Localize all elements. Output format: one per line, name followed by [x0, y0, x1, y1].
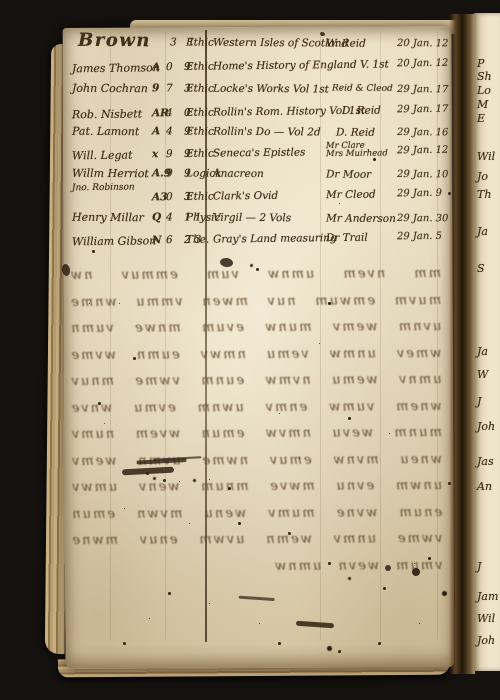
- bleed-through-writing: mm nvem umnw vum emmuv nw muvm emwum nuv…: [69, 261, 443, 659]
- book-title: Rollin's Do — Vol 2d: [213, 126, 321, 139]
- class-label: Ethic: [186, 191, 214, 203]
- loan-date: 29 Jan. 10: [397, 169, 448, 180]
- student-name: James Thomson: [72, 61, 160, 75]
- borrower-name: Mr Cleod: [326, 189, 376, 202]
- facing-page-text: Joh: [477, 420, 495, 433]
- borrower-name: Mr Clare Mrs Muirhead: [326, 141, 388, 158]
- student-name: William Gibson: [72, 234, 157, 248]
- borrower-name: Dr Moor: [326, 168, 371, 180]
- book-title: Seneca's Epistles: [213, 146, 306, 159]
- book-title: Anacreon: [213, 168, 264, 180]
- borrower-name: W. Reid: [326, 37, 366, 49]
- code: 9: [152, 82, 159, 94]
- book-title: Home's History of England V. 1st: [213, 58, 389, 72]
- ledger-row: John Cochran 9 7 3 Ethic Locke's Works V…: [64, 82, 453, 105]
- loan-date: 29 Jan. 17: [397, 84, 448, 95]
- code: Q: [152, 211, 161, 223]
- facing-page-text: An: [477, 480, 492, 493]
- facing-page-text: P: [477, 57, 484, 70]
- facing-page-text: Jam: [477, 590, 498, 603]
- ink-blot: [385, 565, 391, 571]
- ledger-row: Pat. Lamont A 4 9 Ethic Rollin's Do — Vo…: [64, 125, 453, 148]
- student-name: Jno. Robinson: [72, 183, 135, 194]
- facing-page-text: Lo: [477, 84, 491, 97]
- facing-page-text: Jas: [477, 455, 494, 468]
- loan-date: 29 Jan. 5: [397, 231, 442, 243]
- code: x: [152, 148, 158, 160]
- facing-page-text: J: [477, 560, 481, 573]
- facing-page-text: Wil: [477, 150, 495, 163]
- class-label: Ethic: [186, 125, 214, 137]
- class-label: Ethic: [186, 36, 214, 48]
- facing-page-text: S: [477, 262, 485, 275]
- facing-page-text: Wil: [477, 612, 495, 625]
- borrower-name: D. Reid: [336, 127, 375, 139]
- class-label: Ethic: [186, 61, 214, 73]
- code: N: [152, 234, 162, 246]
- class-label: Ethic: [186, 107, 214, 119]
- borrower-name: D. Reid: [342, 105, 381, 117]
- student-name: Rob. Nisbett: [72, 107, 142, 121]
- loan-date: 29 Jan. 16: [397, 127, 448, 138]
- book-gutter: [449, 14, 475, 674]
- class-heading: Brown: [78, 30, 151, 52]
- loan-date: 20 Jan. 12: [397, 38, 448, 49]
- student-name: Willm Herriot: [72, 167, 149, 181]
- loan-date: 29 Jan. 9: [397, 188, 442, 200]
- borrower-line2: Mrs Muirhead: [326, 149, 388, 158]
- loan-date: 29 Jan. 12: [397, 145, 449, 157]
- facing-page-text: Jo: [477, 170, 488, 183]
- code: A: [152, 61, 160, 73]
- student-name: Henry Millar: [72, 211, 144, 225]
- book-title: Virgil — 2 Vols: [213, 212, 291, 225]
- facing-page-text: Ja: [477, 345, 488, 358]
- class-label: Ethic: [186, 148, 214, 160]
- facing-page-text: Sh: [477, 70, 492, 83]
- student-name: Will. Legat: [72, 149, 133, 163]
- loan-date: 20 Jan. 12: [397, 58, 449, 70]
- loan-date: 29 Jan. 30: [397, 213, 448, 224]
- book-title: Locke's Works Vol 1st: [213, 83, 329, 96]
- ledger-row: Brown 3 1 Ethic Western Isles of Scotlan…: [64, 36, 453, 59]
- student-name: Pat. Lamont: [72, 125, 139, 138]
- facing-page-edge: P Sh Lo M E Wil Jo Th Ja S Ja W J Joh Ja…: [474, 13, 500, 671]
- student-name: John Cochran: [72, 82, 148, 96]
- facing-page-text: W: [477, 368, 488, 381]
- facing-page-text: Th: [477, 188, 491, 201]
- facing-page-text: Joh: [477, 634, 495, 647]
- book-title: Clark's Ovid: [213, 190, 278, 203]
- class-label: Ethic: [186, 82, 214, 94]
- facing-page-text: M: [477, 98, 488, 111]
- code: A: [152, 125, 160, 137]
- ledger-row: Henry Millar Q 4 11 Physic Virgil — 2 Vo…: [64, 211, 453, 234]
- facing-page-text: J: [477, 395, 481, 408]
- borrower-name: Reid & Cleod: [332, 84, 393, 94]
- class-label: The.: [186, 234, 209, 246]
- facing-page-text: Ja: [477, 225, 488, 238]
- loan-date: 29 Jan. 17: [397, 104, 449, 116]
- borrower-name: Mr Anderson: [326, 212, 396, 224]
- borrower-name: Dr Trail: [326, 232, 368, 245]
- book-title: Gray's Land measuring: [213, 232, 337, 246]
- facing-page-text: E: [477, 112, 485, 125]
